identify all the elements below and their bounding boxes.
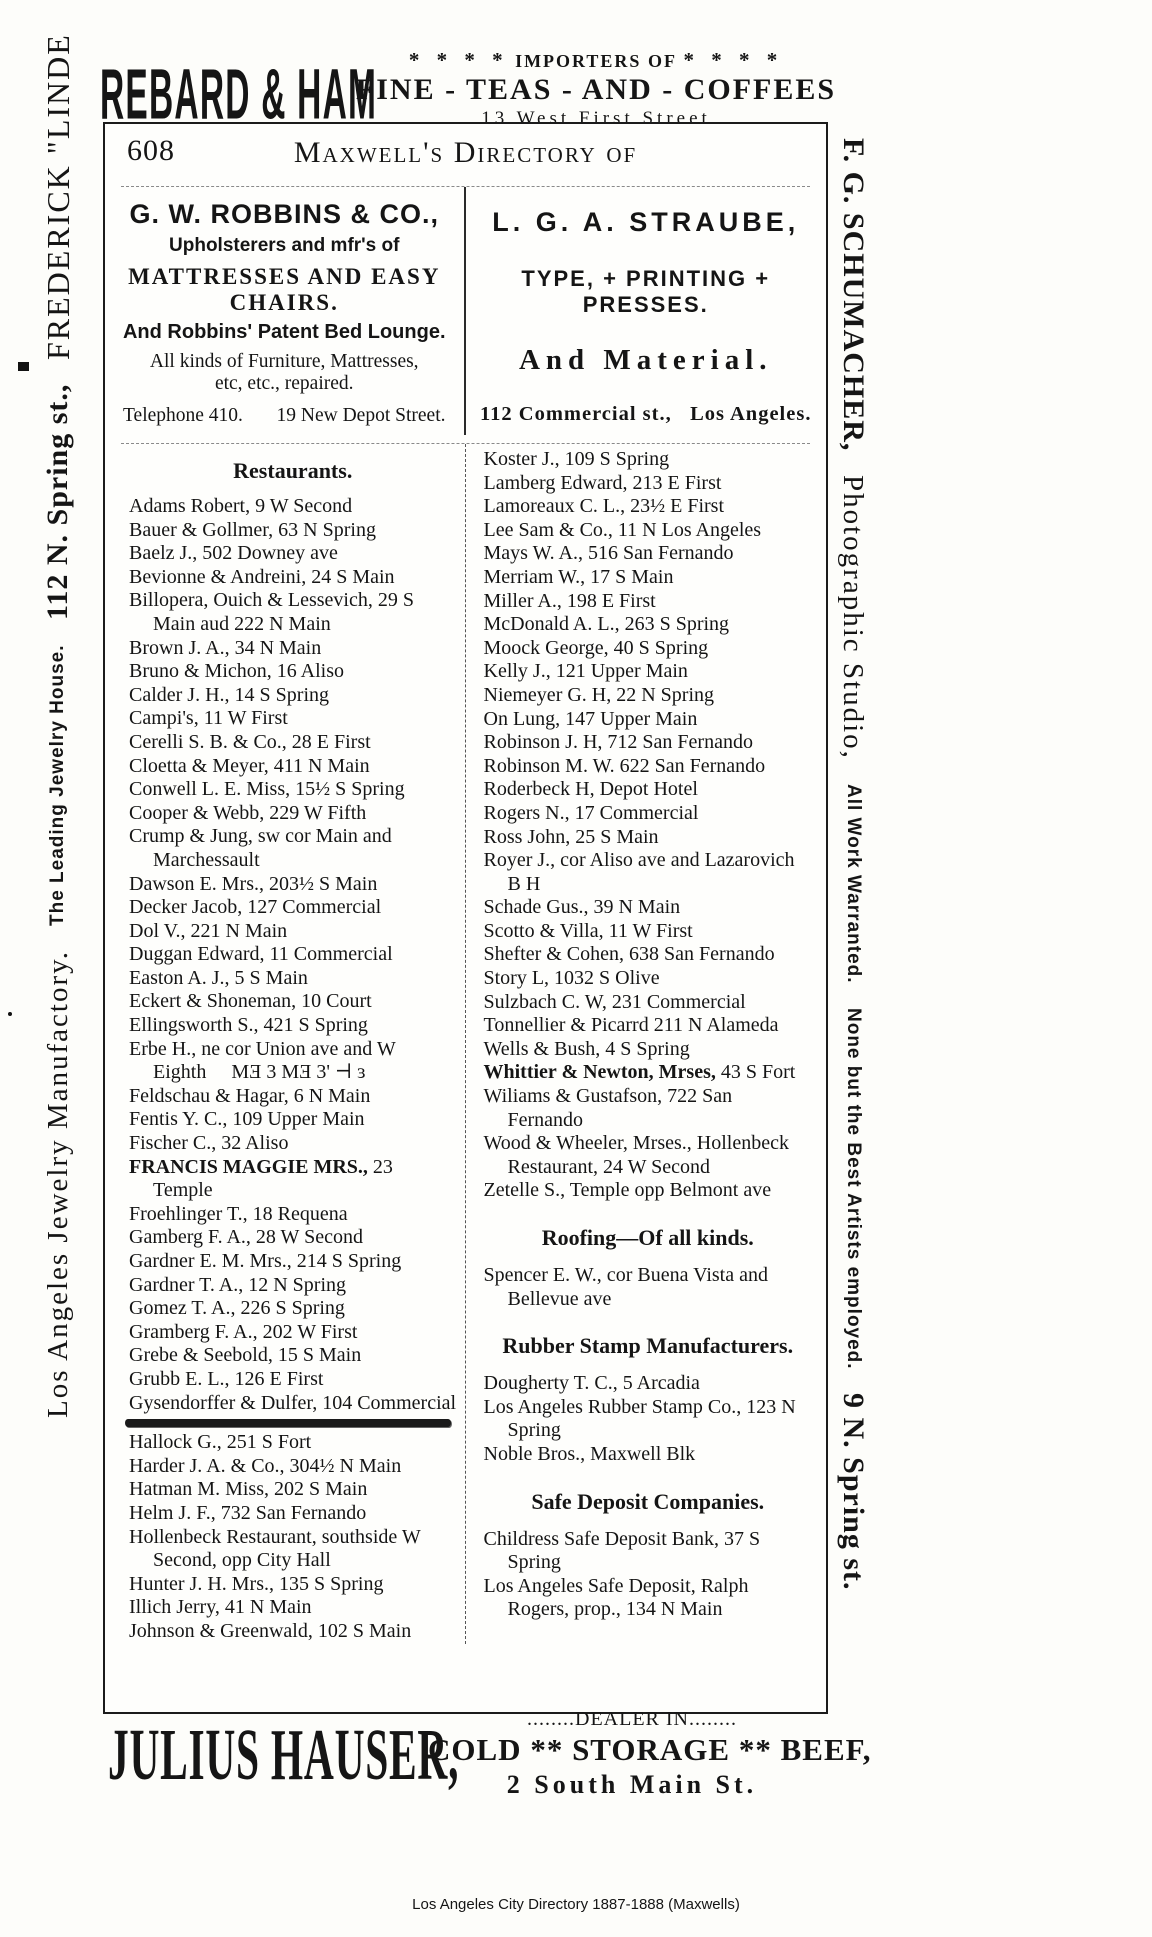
directory-entry: On Lung, 147 Upper Main — [484, 708, 813, 732]
directory-entry: Eckert & Shoneman, 10 Court — [129, 990, 457, 1014]
directory-entry: Lamoreaux C. L., 23½ E First — [484, 495, 813, 519]
directory-entry: Billopera, Ouich & Lessevich, 29 S Main … — [129, 589, 457, 636]
robbins-ad-title: G. W. ROBBINS & CO., — [111, 199, 458, 230]
directory-entry: Calder J. H., 14 S Spring — [129, 684, 457, 708]
archive-caption: Los Angeles City Directory 1887-1888 (Ma… — [0, 1896, 1152, 1913]
directory-entry: Whittier & Newton, Mrses, 43 S Fort — [484, 1061, 813, 1085]
advertisement-row: G. W. ROBBINS & CO., Upholsterers and mf… — [105, 187, 826, 435]
directory-entry: Fischer C., 32 Aliso — [129, 1132, 457, 1156]
directory-entry: Royer J., cor Aliso ave and Lazarovich B… — [484, 849, 813, 896]
entry-bold-name: FRANCIS MAGGIE MRS., — [129, 1156, 368, 1178]
directory-title: Maxwell's Directory of — [105, 124, 826, 170]
directory-entry: Gysendorffer & Dulfer, 104 Commercial — [129, 1392, 457, 1416]
frederick-linde-name: FREDERICK "LINDE — [40, 33, 76, 360]
directory-entry: Hallock G., 251 S Fort — [129, 1431, 457, 1455]
directory-entry: Sulzbach C. W, 231 Commercial — [484, 991, 813, 1015]
leading-jewelry-house-line: The Leading Jewelry House. — [47, 644, 68, 926]
restaurants-heading: Restaurants. — [129, 458, 457, 484]
listings-left-column: Restaurants. Adams Robert, 9 W SecondBau… — [105, 444, 466, 1644]
schumacher-name: F. G. SCHUMACHER, — [837, 138, 870, 451]
directory-entry: Scotto & Villa, 11 W First — [484, 920, 813, 944]
directory-entry: Conwell L. E. Miss, 15½ S Spring — [129, 778, 457, 802]
directory-entry: Wells & Bush, 4 S Spring — [484, 1038, 813, 1062]
directory-entry: Hunter J. H. Mrs., 135 S Spring — [129, 1573, 457, 1597]
directory-entry: Dol V., 221 N Main — [129, 920, 457, 944]
directory-entry: Gamberg F. A., 28 W Second — [129, 1226, 457, 1250]
directory-page-box: 608 Maxwell's Directory of G. W. ROBBINS… — [103, 122, 828, 1714]
directory-entry: Hatman M. Miss, 202 S Main — [129, 1478, 457, 1502]
directory-entry: Bevionne & Andreini, 24 S Main — [129, 566, 457, 590]
directory-entry: Baelz J., 502 Downey ave — [129, 542, 457, 566]
robbins-address: 19 New Depot Street. — [277, 405, 446, 427]
directory-entry: Moock George, 40 S Spring — [484, 637, 813, 661]
directory-entry: Feldschau & Hagar, 6 N Main — [129, 1085, 457, 1109]
cold-storage-beef-line: COLD ** STORAGE ** BEEF, — [428, 1732, 836, 1768]
restaurants-entries-b: Hallock G., 251 S FortHarder J. A. & Co.… — [129, 1431, 457, 1643]
robbins-ad-footer: Telephone 410. 19 New Depot Street. — [111, 405, 458, 427]
directory-entry: Spencer E. W., cor Buena Vista and Belle… — [484, 1264, 813, 1311]
directory-entry: Cooper & Webb, 229 W Fifth — [129, 802, 457, 826]
spring-st-9-line: 9 N. Spring st. — [837, 1393, 870, 1591]
directory-entry: Harder J. A. & Co., 304½ N Main — [129, 1455, 457, 1479]
entry-bold-name: Whittier & Newton, Mrses, — [484, 1061, 716, 1083]
directory-entry: Gomez T. A., 226 S Spring — [129, 1297, 457, 1321]
star-ornament: * * * * — [409, 48, 509, 72]
restaurants-entries-a: Adams Robert, 9 W SecondBauer & Gollmer,… — [129, 495, 457, 1415]
robbins-ad: G. W. ROBBINS & CO., Upholsterers and mf… — [105, 187, 466, 435]
robbins-ad-lounge-line: And Robbins' Patent Bed Lounge. — [111, 321, 458, 344]
right-margin-ad: F. G. SCHUMACHER, Photographic Studio, A… — [836, 128, 900, 1858]
fine-teas-coffees-line: FINE - TEAS - AND - COFFEES — [352, 73, 840, 107]
directory-entry: Miller A., 198 E First — [484, 590, 813, 614]
directory-entry: Merriam W., 17 S Main — [484, 566, 813, 590]
category-sections: Roofing—Of all kinds.Spencer E. W., cor … — [484, 1225, 813, 1622]
directory-entry: FRANCIS MAGGIE MRS., 23 Temple — [129, 1156, 457, 1203]
directory-entry: Gardner E. M. Mrs., 214 S Spring — [129, 1250, 457, 1274]
directory-entry: Johnson & Greenwald, 102 S Main — [129, 1620, 457, 1644]
directory-entry: Rogers N., 17 Commercial — [484, 802, 813, 826]
directory-entry: Illich Jerry, 41 N Main — [129, 1596, 457, 1620]
directory-entry: Tonnellier & Picarrd 211 N Alameda — [484, 1014, 813, 1038]
directory-entry: Cloetta & Meyer, 411 N Main — [129, 755, 457, 779]
directory-entry: Los Angeles Rubber Stamp Co., 123 N Spri… — [484, 1396, 813, 1443]
straube-ad-title: L. G. A. STRAUBE, — [472, 207, 821, 238]
directory-listings: Restaurants. Adams Robert, 9 W SecondBau… — [105, 444, 826, 1644]
directory-entry: Fentis Y. C., 109 Upper Main — [129, 1108, 457, 1132]
directory-entry: Lamberg Edward, 213 E First — [484, 472, 813, 496]
directory-entry: McDonald A. L., 263 S Spring — [484, 613, 813, 637]
best-artists-line: None but the Best Artists employed. — [843, 1008, 864, 1370]
directory-entry: Dougherty T. C., 5 Arcadia — [484, 1372, 813, 1396]
directory-entry: Los Angeles Safe Deposit, Ralph Rogers, … — [484, 1575, 813, 1622]
restaurants-entries-continued: Koster J., 109 S SpringLamberg Edward, 2… — [484, 448, 813, 1203]
directory-entry: Noble Bros., Maxwell Blk — [484, 1443, 813, 1467]
directory-entry: Dawson E. Mrs., 203½ S Main — [129, 873, 457, 897]
directory-entry: Hollenbeck Restaurant, southside W Secon… — [129, 1526, 457, 1573]
scan-speck — [18, 362, 29, 371]
directory-entry: Easton A. J., 5 S Main — [129, 967, 457, 991]
directory-entry: Brown J. A., 34 N Main — [129, 637, 457, 661]
julius-hauser-banner-name: JULIUS HAUSER, — [108, 1714, 459, 1797]
directory-entry: Wood & Wheeler, Mrses., Hollenbeck Resta… — [484, 1132, 813, 1179]
listings-right-column: Koster J., 109 S SpringLamberg Edward, 2… — [466, 444, 827, 1644]
left-margin-ad: Los Angeles Jewelry Manufactory. The Lea… — [40, 128, 102, 1428]
directory-entry: Gramberg F. A., 202 W First — [129, 1321, 457, 1345]
directory-entry: Erbe H., ne cor Union ave and W Eighth Μ… — [129, 1038, 457, 1085]
scan-speck — [8, 1012, 12, 1016]
directory-entry: Froehlinger T., 18 Requena — [129, 1203, 457, 1227]
directory-entry: Shefter & Cohen, 638 San Fernando — [484, 943, 813, 967]
directory-entry: Helm J. F., 732 San Fernando — [129, 1502, 457, 1526]
directory-entry: Wiliams & Gustafson, 722 San Fernando — [484, 1085, 813, 1132]
directory-entry: Bruno & Michon, 16 Aliso — [129, 660, 457, 684]
straube-type-printing-line: TYPE, + PRINTING + PRESSES. — [472, 266, 821, 318]
directory-entry: Childress Safe Deposit Bank, 37 S Spring — [484, 1528, 813, 1575]
directory-entry: Campi's, 11 W First — [129, 707, 457, 731]
directory-entry: Schade Gus., 39 N Main — [484, 896, 813, 920]
directory-entry: Zetelle S., Temple opp Belmont ave — [484, 1179, 813, 1203]
directory-entry: Roderbeck H, Depot Hotel — [484, 778, 813, 802]
directory-entry: Crump & Jung, sw cor Main and Marchessau… — [129, 825, 457, 872]
directory-entry: Mays W. A., 516 San Fernando — [484, 542, 813, 566]
robbins-telephone: Telephone 410. — [123, 405, 243, 427]
robbins-ad-mattresses-line: MATTRESSES AND EASY CHAIRS. — [111, 264, 458, 316]
spring-st-address-line: 112 N. Spring st., — [41, 384, 74, 620]
south-main-st-line: 2 South Main St. — [428, 1770, 836, 1800]
importers-of-line: * * * * IMPORTERS OF * * * * — [352, 48, 840, 73]
directory-entry: Ross John, 25 S Main — [484, 826, 813, 850]
directory-entry: Duggan Edward, 11 Commercial — [129, 943, 457, 967]
robbins-ad-body-text: All kinds of Furniture, Mattresses, etc,… — [111, 351, 458, 395]
directory-entry: Kelly J., 121 Upper Main — [484, 660, 813, 684]
straube-material-line: And Material. — [472, 344, 821, 377]
directory-entry: Grebe & Seebold, 15 S Main — [129, 1344, 457, 1368]
directory-entry: Bauer & Gollmer, 63 N Spring — [129, 519, 457, 543]
directory-entry: Lee Sam & Co., 11 N Los Angeles — [484, 519, 813, 543]
section-heading: Safe Deposit Companies. — [484, 1489, 813, 1515]
robbins-ad-subtitle: Upholsterers and mfr's of — [111, 235, 458, 257]
directory-entry: Grubb E. L., 126 E First — [129, 1368, 457, 1392]
teas-coffees-banner: * * * * IMPORTERS OF * * * * FINE - TEAS… — [352, 48, 840, 130]
straube-ad: L. G. A. STRAUBE, TYPE, + PRINTING + PRE… — [466, 187, 827, 435]
directory-entry: Robinson M. W. 622 San Fernando — [484, 755, 813, 779]
work-warranted-line: All Work Warranted. — [843, 784, 864, 984]
directory-entry: Koster J., 109 S Spring — [484, 448, 813, 472]
page-header: 608 Maxwell's Directory of — [105, 124, 826, 178]
straube-address-line: 112 Commercial st., Los Angeles. — [472, 403, 821, 426]
directory-entry: Decker Jacob, 127 Commercial — [129, 896, 457, 920]
page-number: 608 — [127, 134, 175, 168]
directory-entry: Ellingsworth S., 421 S Spring — [129, 1014, 457, 1038]
directory-entry: Gardner T. A., 12 N Spring — [129, 1274, 457, 1298]
section-heading: Roofing—Of all kinds. — [484, 1225, 813, 1251]
directory-entry: Cerelli S. B. & Co., 28 E First — [129, 731, 457, 755]
directory-entry: Niemeyer G. H, 22 N Spring — [484, 684, 813, 708]
cold-storage-beef-banner: ........DEALER IN........ COLD ** STORAG… — [428, 1708, 836, 1800]
directory-entry: Robinson J. H, 712 San Fernando — [484, 731, 813, 755]
print-smudge-artifact — [125, 1419, 451, 1427]
directory-entry: Story L, 1032 S Olive — [484, 967, 813, 991]
photographic-studio-line: Photographic Studio, — [837, 475, 869, 760]
jewelry-manufactory-line: Los Angeles Jewelry Manufactory. — [42, 950, 74, 1418]
star-ornament: * * * * — [683, 48, 783, 72]
dealer-in-line: ........DEALER IN........ — [428, 1708, 836, 1731]
directory-entry: Adams Robert, 9 W Second — [129, 495, 457, 519]
section-heading: Rubber Stamp Manufacturers. — [484, 1333, 813, 1359]
